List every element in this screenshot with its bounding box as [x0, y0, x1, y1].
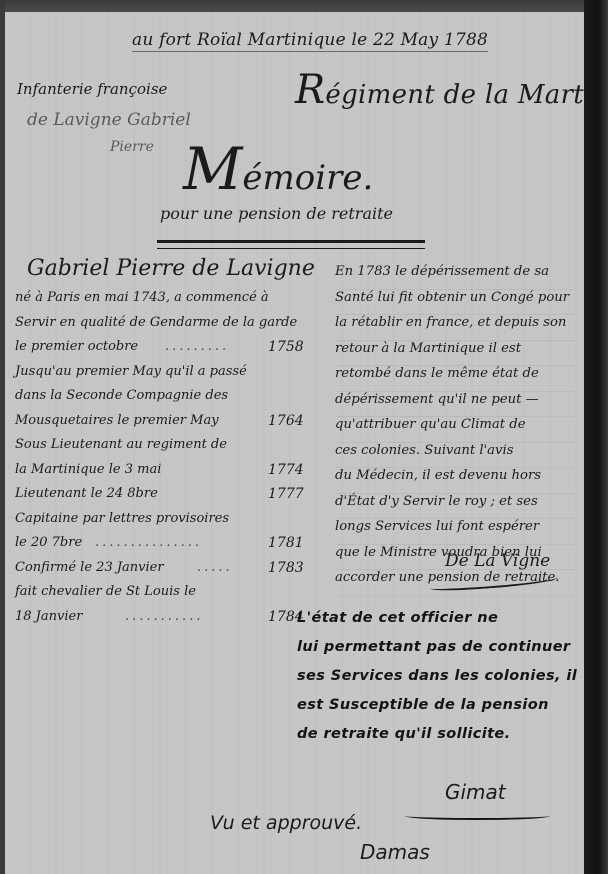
regiment-rest: égiment de la Martinique — [325, 80, 608, 110]
narrative-line: dépérissement qu'il ne peut — — [335, 392, 575, 418]
service-entry: Servir en qualité de Gendarme de la gard… — [15, 311, 305, 336]
service-entry: Jusqu'au premier May qu'il a passé — [15, 360, 305, 385]
leader-dots: ........... — [125, 609, 203, 624]
corps-heading: Infanterie françoise — [17, 82, 167, 97]
regiment-heading: Régiment de la Martinique — [295, 70, 608, 110]
leader-dots: ............... — [95, 535, 202, 550]
service-entry: 18 Janvier...........1784 — [15, 605, 305, 630]
narrative-line: longs Services lui font espérer — [335, 519, 575, 545]
scan-right-border — [584, 0, 608, 874]
narrative-line: la rétablir en france, et depuis son — [335, 315, 575, 341]
officer-name-heading: Gabriel Pierre de Lavigne — [27, 256, 305, 286]
narrative-line: retombé dans le même état de — [335, 366, 575, 392]
signature-flourish — [405, 812, 550, 820]
service-entry: dans la Seconde Compagnie des — [15, 384, 305, 409]
title-double-rule — [157, 240, 425, 249]
service-entry: Confirmé le 23 Janvier.....1783 — [15, 556, 305, 581]
service-entry: né à Paris en mai 1743, a commencé à — [15, 286, 305, 311]
endorsement-line: L'état de cet officier ne — [297, 610, 567, 639]
narrative-line: Santé lui fit obtenir un Congé pour — [335, 290, 575, 316]
document-subtitle: pour une pension de retraite — [160, 206, 393, 222]
service-entry: Capitaine par lettres provisoires — [15, 507, 305, 532]
service-entry: la Martinique le 3 mai1774 — [15, 458, 305, 483]
narrative-line: retour à la Martinique il est — [335, 341, 575, 367]
dateline: au fort Roïal Martinique le 22 May 1788 — [132, 32, 488, 52]
narrative-line: En 1783 le dépérissement de sa — [335, 264, 575, 290]
service-entry: le premier octobre.........1758 — [15, 335, 305, 360]
narrative-column: En 1783 le dépérissement de sa Santé lui… — [335, 264, 575, 596]
scan-top-border — [0, 0, 608, 12]
endorsement-block: L'état de cet officier ne lui permettant… — [297, 610, 567, 755]
narrative-line: qu'attribuer qu'au Climat de — [335, 417, 575, 443]
endorsement-line: lui permettant pas de continuer — [297, 639, 567, 668]
officer-signature: De La Vigne — [445, 553, 550, 570]
service-record-column: Gabriel Pierre de Lavigne né à Paris en … — [15, 256, 305, 629]
manuscript-page: au fort Roïal Martinique le 22 May 1788 … — [5, 12, 585, 874]
damas-signature: Damas — [360, 842, 430, 862]
service-entry: Mousquetaires le premier May1764 — [15, 409, 305, 434]
service-entry: fait chevalier de St Louis le — [15, 580, 305, 605]
approval-note: Vu et approuvé. — [210, 814, 362, 833]
service-entry: Lieutenant le 24 8bre1777 — [15, 482, 305, 507]
service-entry: Sous Lieutenant au regiment de — [15, 433, 305, 458]
service-entry: le 20 7bre...............1781 — [15, 531, 305, 556]
gimat-signature: Gimat — [445, 782, 506, 802]
document-title: Mémoire. — [183, 140, 373, 198]
title-rest: émoire. — [242, 158, 373, 198]
leader-dots: ......... — [165, 339, 229, 354]
title-initial: M — [183, 135, 242, 203]
endorsement-line: ses Services dans les colonies, il — [297, 668, 567, 697]
pencil-annotation-name: de Lavigne Gabriel — [27, 112, 191, 129]
document-scan: au fort Roïal Martinique le 22 May 1788 … — [0, 0, 608, 874]
endorsement-line: est Susceptible de la pension — [297, 697, 567, 726]
narrative-line: du Médecin, il est devenu hors — [335, 468, 575, 494]
endorsement-line: de retraite qu'il sollicite. — [297, 726, 567, 755]
narrative-line: d'État d'y Servir le roy ; et ses — [335, 494, 575, 520]
pencil-annotation-firstname: Pierre — [110, 140, 154, 154]
regiment-initial: R — [295, 67, 325, 113]
leader-dots: ..... — [197, 560, 233, 575]
narrative-line: ces colonies. Suivant l'avis — [335, 443, 575, 469]
